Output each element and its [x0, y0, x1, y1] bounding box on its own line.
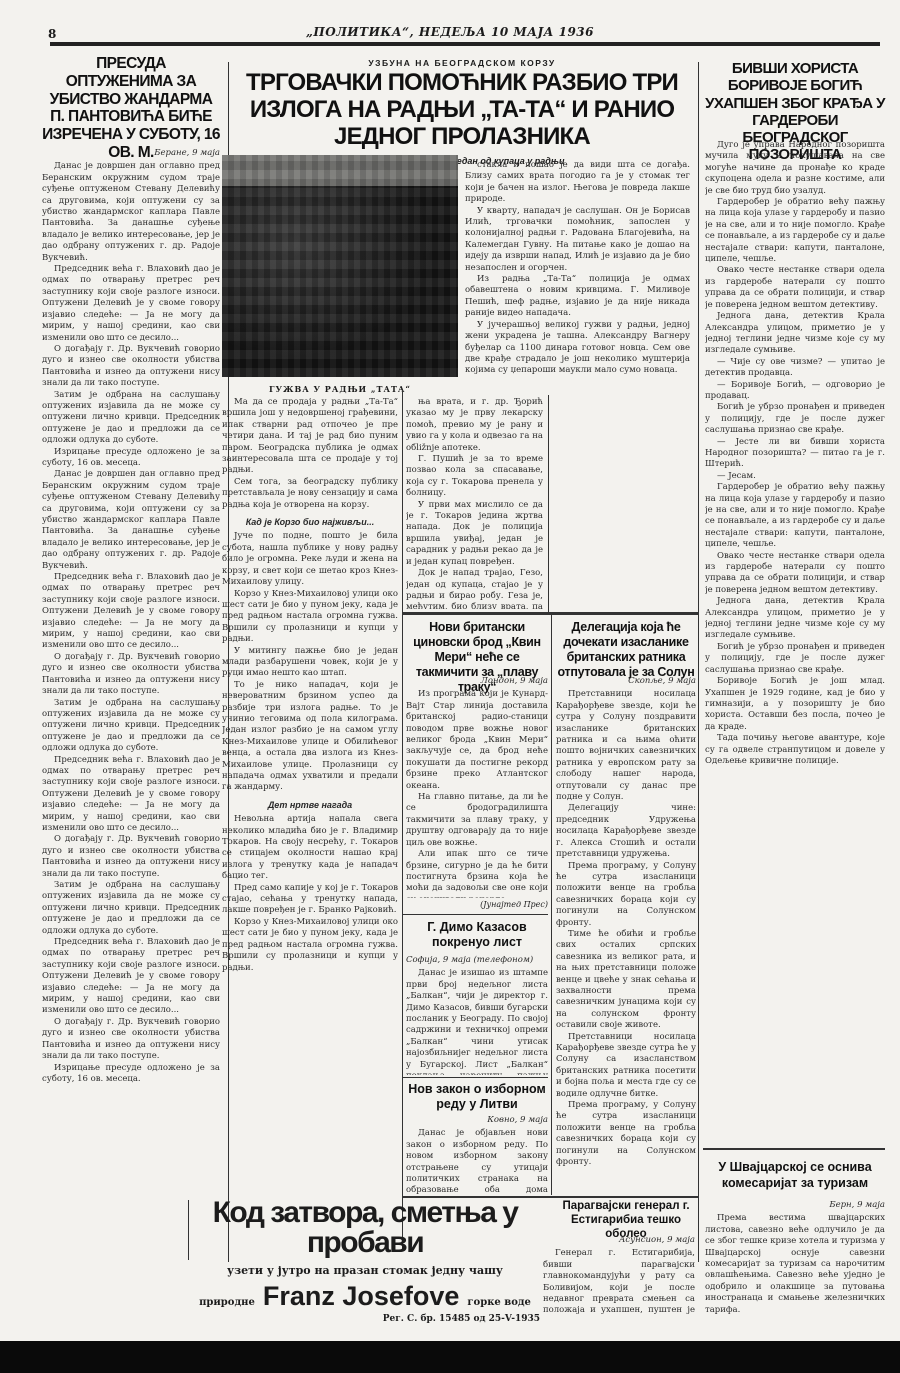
article-body-estigarribia: Асунсион, 9 маја Генерал г. Естигарибија…: [543, 1235, 695, 1315]
dateline: Асунсион, 9 маја: [543, 1235, 695, 1246]
article-pantovic: ПРЕСУДА ОПТУЖЕНИМА ЗА УБИСТВО ЖАНДАРМА П…: [42, 55, 220, 162]
paragraph: О догађају г. Др. Вукчевић говорио дуго …: [42, 344, 220, 390]
ad-title: Код затвора, сметња у пробави: [190, 1198, 540, 1258]
paragraph: Гардеробер је обратио већу пажњу на лица…: [705, 482, 885, 550]
article-tata: УЗБУНА НА БЕОГРАДСКОМ КОРЗУ ТРГОВАЧКИ ПО…: [232, 58, 692, 166]
paragraph: Према програму, у Солуну ће сутра изасла…: [556, 1100, 696, 1168]
article-delegation: Делегација која ће дочекати изасланике б…: [556, 620, 696, 680]
section-rule: [402, 914, 548, 915]
paragraph: Данас је објављен нови закон о изборном …: [406, 1128, 548, 1195]
paragraph: Затим је одбрана на саслушању оптужених …: [42, 698, 220, 755]
article-body-delegation: Скопље, 9 маја Претставници носилаца Кар…: [556, 676, 696, 1188]
paragraph: Председник већа г. Влаховић дао је одмах…: [42, 572, 220, 652]
paragraph: Тиме ће обићи и гробље свих осталих српс…: [556, 929, 696, 1032]
dateline: Лондон, 9 маја: [406, 676, 548, 687]
paragraph: У митингу пажње био је један млади разба…: [222, 646, 398, 680]
paragraph: — Боривоје Богић, — одговорио је продава…: [705, 380, 885, 403]
news-photo: [222, 155, 458, 377]
paragraph: О догађају г. Др. Вукчевић говорио дуго …: [42, 1017, 220, 1063]
dateline: Скопље, 9 маја: [556, 676, 696, 687]
paragraph: Председник већа г. Влаховић дао је одмах…: [42, 264, 220, 344]
section-subhead: Дет нртве нагада: [222, 800, 398, 811]
ad-border: [188, 1200, 189, 1260]
dateline: Беране, 9 маја: [42, 148, 220, 159]
article-body-tata-col1: Ма да се продаја у радњи „Та-Та“ вршила …: [222, 397, 398, 1252]
article-switzerland: У Швајцарској се оснива комесаријат за т…: [705, 1160, 885, 1191]
paragraph: Претставници носилаца Карађорђеве звезде…: [556, 689, 696, 803]
section-rule: [703, 1148, 885, 1150]
paragraph: Пред само капије у кој је г. Токаров ста…: [222, 883, 398, 917]
article-body-lithuania: Ковно, 9 маја Данас је објављен нови зак…: [406, 1115, 548, 1195]
article-lithuania: Нов закон о изборном реду у Литви: [406, 1082, 548, 1112]
paragraph: Ма да се продаја у радњи „Та-Та“ вршила …: [222, 397, 398, 477]
paragraph: Богић је убрзо пронађен и приведен у пол…: [705, 642, 885, 676]
paragraph: Из програма који је Кунард-Вајт Стар лин…: [406, 689, 548, 792]
paragraph: Председник већа г. Влаховић дао је одмах…: [42, 755, 220, 835]
paragraph: Изрицање пресуде одложено је за суботу, …: [42, 1063, 220, 1086]
paragraph: У кварту, нападач је саслушан. Он је Бор…: [465, 206, 690, 274]
headline: Нов закон о изборном реду у Литви: [406, 1082, 548, 1112]
article-body-queen-mary: Лондон, 9 маја Из програма који је Кунар…: [406, 676, 548, 898]
paragraph: Овако честе нестанке ствари одела из гар…: [705, 551, 885, 597]
masthead-rule: [50, 42, 880, 46]
paragraph: Корзо у Кнез-Михаиловој улици око шест с…: [222, 589, 398, 646]
paragraph: Изрицање пресуде одложено је за суботу, …: [42, 447, 220, 470]
dateline: Софија, 9 маја (телефоном): [406, 955, 548, 966]
paragraph: Боривоје Богић је још млад. Ухапшен је 1…: [705, 676, 885, 733]
paragraph: Председник већа г. Влаховић дао је одмах…: [42, 937, 220, 1017]
paragraph: У јучерашњој великој гужви у радњи, једн…: [465, 320, 690, 377]
article-kazasov: Г. Димо Казасов покренуо лист: [406, 920, 548, 950]
paragraph: Невољна артија напала свега неколико мла…: [222, 814, 398, 882]
advertisement: Код затвора, сметња у пробави узети у ју…: [190, 1198, 540, 1318]
kicker: УЗБУНА НА БЕОГРАДСКОМ КОРЗУ: [232, 58, 692, 68]
column-rule: [402, 390, 403, 1250]
paragraph: Али ипак што се тиче брзине, сигурно је …: [406, 849, 548, 898]
attribution: (Јунајтед Прес): [406, 900, 548, 909]
paragraph: Претставници носилаца Карађорђеве звезде…: [556, 1032, 696, 1100]
paragraph: О догађају г. Др. Вукчевић говорио дуго …: [42, 834, 220, 880]
paragraph: Овако честе нестанке ствари одела из гар…: [705, 265, 885, 311]
newspaper-title: „ПОЛИТИКА“, НЕДЕЉА 10 МАЈА 1936: [0, 25, 900, 39]
paragraph: Према програму, у Солуну ће сутра изасла…: [556, 861, 696, 929]
paragraph: Сем тога, за београдску публику претстав…: [222, 477, 398, 511]
ad-suffix: горке воде: [467, 1297, 531, 1308]
article-body-bogic: Дуго је управа Народног позоришта мучила…: [705, 140, 885, 1125]
headline: Делегација која ће дочекати изасланике б…: [556, 620, 696, 680]
paragraph: Данас је довршен дан оглавно пред Беранс…: [42, 469, 220, 572]
ad-line: узети у јутро на празан стомак једну чаш…: [190, 1264, 540, 1277]
article-body-pantovic: Беране, 9 маја Данас је довршен дан огла…: [42, 148, 220, 1343]
headline: ТРГОВАЧКИ ПОМОЋНИК РАЗБИО ТРИ ИЗЛОГА НА …: [232, 70, 692, 151]
paragraph: Затим је одбрана на саслушању оптужених …: [42, 880, 220, 937]
photo-texture: [222, 155, 458, 377]
paragraph: То је нико нападач, који је невероватним…: [222, 680, 398, 794]
photo-caption: ГУЖВА У РАДЊИ „ТАТА“: [222, 384, 458, 394]
masthead: 8 „ПОЛИТИКА“, НЕДЕЉА 10 МАЈА 1936: [0, 0, 900, 48]
paragraph: Данас је довршен дан оглавно пред Беранс…: [42, 161, 220, 264]
paragraph: Генерал г. Естигарибија, бивши парагвајс…: [543, 1248, 695, 1315]
paragraph: — Чије су ове чизме? — упитао је детекти…: [705, 357, 885, 380]
headline: ПРЕСУДА ОПТУЖЕНИМА ЗА УБИСТВО ЖАНДАРМА П…: [42, 55, 220, 162]
scan-bottom-edge: [0, 1341, 900, 1373]
paragraph: Из радња „Та-Та“ полиција је одмах обаве…: [465, 274, 690, 320]
paragraph: Према вестима швајцарских листова, савез…: [705, 1213, 885, 1316]
paragraph: Једнога дана, детектив Крала Александра …: [705, 596, 885, 642]
article-body-kazasov: Софија, 9 маја (телефоном) Данас је изиш…: [406, 955, 548, 1075]
column-rule: [698, 62, 699, 1262]
article-body-tata-col3: стакла и пошао је да види шта се догађа.…: [465, 160, 690, 610]
column-rule: [551, 615, 552, 1195]
paragraph: Тада почињу његове авантуре, које су га …: [705, 733, 885, 767]
headline: Г. Димо Казасов покренуо лист: [406, 920, 548, 950]
section-rule: [402, 1077, 548, 1078]
paragraph: О догађају г. Др. Вукчевић говорио дуго …: [42, 652, 220, 698]
dateline: Ковно, 9 маја: [406, 1115, 548, 1126]
section-rule: [402, 612, 698, 615]
paragraph: Корзо у Кнез-Михаиловој улици око шест с…: [222, 917, 398, 974]
ad-brand-line: природне Franz Josefove горке воде: [190, 1281, 540, 1312]
headline: У Швајцарској се оснива комесаријат за т…: [705, 1160, 885, 1191]
paragraph: Затим је одбрана на саслушању оптужених …: [42, 390, 220, 447]
paragraph: Једнога дана, детектив Крала Александра …: [705, 311, 885, 357]
ad-registration: Рег. С. бр. 15485 од 25-V-1935: [190, 1314, 540, 1324]
paragraph: Богић је убрзо пронађен и приведен у пол…: [705, 402, 885, 436]
paragraph: Дуго је управа Народног позоришта мучила…: [705, 140, 885, 197]
paragraph: — Јесам.: [705, 471, 885, 482]
paragraph: Гардеробер је обратио већу пажњу на лица…: [705, 197, 885, 265]
dateline: Берн, 9 маја: [705, 1200, 885, 1211]
paragraph: — Јесте ли ви бивши хориста Народног поз…: [705, 437, 885, 471]
section-subhead: Кад је Корзо био најживљи...: [222, 517, 398, 528]
paragraph: На главно питање, да ли ће се бродогради…: [406, 792, 548, 849]
paragraph: Јуче по подне, пошто је била субота, наш…: [222, 531, 398, 588]
paragraph: Данас је изишао из штампе први број неде…: [406, 968, 548, 1075]
paragraph: Делегацију чине: председник Удружења нос…: [556, 803, 696, 860]
ad-brand: Franz Josefove: [263, 1281, 460, 1312]
article-body-switzerland: Берн, 9 маја Према вестима швајцарских л…: [705, 1200, 885, 1320]
ad-prefix: природне: [199, 1297, 255, 1308]
paragraph: стакла и пошао је да види шта се догађа.…: [465, 160, 690, 206]
